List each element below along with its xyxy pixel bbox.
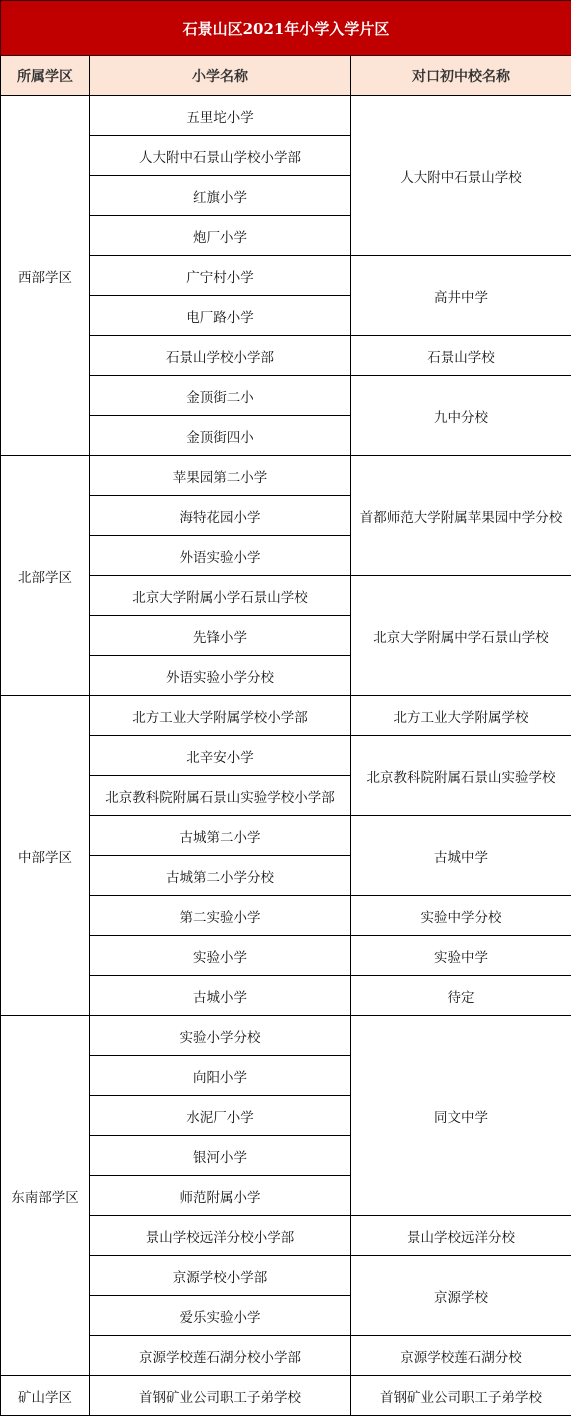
primary-school-cell: 向阳小学	[90, 1056, 351, 1096]
header-district: 所属学区	[1, 56, 90, 96]
primary-school-cell: 人大附中石景山学校小学部	[90, 136, 351, 176]
primary-school-cell: 银河小学	[90, 1136, 351, 1176]
header-primary-school: 小学名称	[90, 56, 351, 96]
middle-school-cell: 实验中学	[351, 936, 571, 976]
primary-school-cell: 实验小学	[90, 936, 351, 976]
middle-school-cell: 北京大学附属中学石景山学校	[351, 576, 571, 696]
middle-school-cell: 京源学校莲石湖分校	[351, 1336, 571, 1376]
primary-school-cell: 景山学校远洋分校小学部	[90, 1216, 351, 1256]
middle-school-cell: 首钢矿业公司职工子弟学校	[351, 1376, 571, 1416]
primary-school-cell: 金顶街二小	[90, 376, 351, 416]
table-row: 中部学区北方工业大学附属学校小学部北方工业大学附属学校	[1, 696, 571, 736]
middle-school-cell: 待定	[351, 976, 571, 1016]
district-cell: 矿山学区	[1, 1376, 90, 1416]
primary-school-cell: 师范附属小学	[90, 1176, 351, 1216]
primary-school-cell: 广宁村小学	[90, 256, 351, 296]
primary-school-cell: 海特花园小学	[90, 496, 351, 536]
middle-school-cell: 北京教科院附属石景山实验学校	[351, 736, 571, 816]
middle-school-cell: 景山学校远洋分校	[351, 1216, 571, 1256]
middle-school-cell: 石景山学校	[351, 336, 571, 376]
middle-school-cell: 京源学校	[351, 1256, 571, 1336]
primary-school-cell: 京源学校小学部	[90, 1256, 351, 1296]
primary-school-cell: 实验小学分校	[90, 1016, 351, 1056]
primary-school-cell: 京源学校莲石湖分校小学部	[90, 1336, 351, 1376]
primary-school-cell: 金顶街四小	[90, 416, 351, 456]
district-cell: 西部学区	[1, 96, 90, 456]
primary-school-cell: 水泥厂小学	[90, 1096, 351, 1136]
district-cell: 北部学区	[1, 456, 90, 696]
primary-school-cell: 古城第二小学	[90, 816, 351, 856]
primary-school-cell: 北京大学附属小学石景山学校	[90, 576, 351, 616]
table-row: 矿山学区首钢矿业公司职工子弟学校首钢矿业公司职工子弟学校	[1, 1376, 571, 1416]
primary-school-cell: 先锋小学	[90, 616, 351, 656]
primary-school-cell: 北京教科院附属石景山实验学校小学部	[90, 776, 351, 816]
middle-school-cell: 九中分校	[351, 376, 571, 456]
primary-school-cell: 五里坨小学	[90, 96, 351, 136]
primary-school-cell: 北方工业大学附属学校小学部	[90, 696, 351, 736]
district-cell: 东南部学区	[1, 1016, 90, 1376]
middle-school-cell: 首都师范大学附属苹果园中学分校	[351, 456, 571, 576]
primary-school-cell: 石景山学校小学部	[90, 336, 351, 376]
middle-school-cell: 实验中学分校	[351, 896, 571, 936]
header-middle-school: 对口初中校名称	[351, 56, 571, 96]
middle-school-cell: 古城中学	[351, 816, 571, 896]
table-row: 北部学区苹果园第二小学首都师范大学附属苹果园中学分校	[1, 456, 571, 496]
middle-school-cell: 高井中学	[351, 256, 571, 336]
district-cell: 中部学区	[1, 696, 90, 1016]
primary-school-cell: 古城小学	[90, 976, 351, 1016]
middle-school-cell: 同文中学	[351, 1016, 571, 1216]
primary-school-cell: 北辛安小学	[90, 736, 351, 776]
primary-school-cell: 苹果园第二小学	[90, 456, 351, 496]
school-district-table: 石景山区2021年小学入学片区 所属学区 小学名称 对口初中校名称 西部学区五里…	[0, 0, 571, 1416]
table-row: 西部学区五里坨小学人大附中石景山学校	[1, 96, 571, 136]
primary-school-cell: 外语实验小学分校	[90, 656, 351, 696]
table-title: 石景山区2021年小学入学片区	[1, 1, 571, 56]
primary-school-cell: 第二实验小学	[90, 896, 351, 936]
header-row: 所属学区 小学名称 对口初中校名称	[1, 56, 571, 96]
primary-school-cell: 电厂路小学	[90, 296, 351, 336]
title-row: 石景山区2021年小学入学片区	[1, 1, 571, 56]
primary-school-cell: 爱乐实验小学	[90, 1296, 351, 1336]
primary-school-cell: 外语实验小学	[90, 536, 351, 576]
middle-school-cell: 人大附中石景山学校	[351, 96, 571, 256]
middle-school-cell: 北方工业大学附属学校	[351, 696, 571, 736]
primary-school-cell: 首钢矿业公司职工子弟学校	[90, 1376, 351, 1416]
table-body: 西部学区五里坨小学人大附中石景山学校人大附中石景山学校小学部红旗小学炮厂小学广宁…	[1, 96, 571, 1416]
primary-school-cell: 古城第二小学分校	[90, 856, 351, 896]
primary-school-cell: 红旗小学	[90, 176, 351, 216]
primary-school-cell: 炮厂小学	[90, 216, 351, 256]
table-row: 东南部学区实验小学分校同文中学	[1, 1016, 571, 1056]
